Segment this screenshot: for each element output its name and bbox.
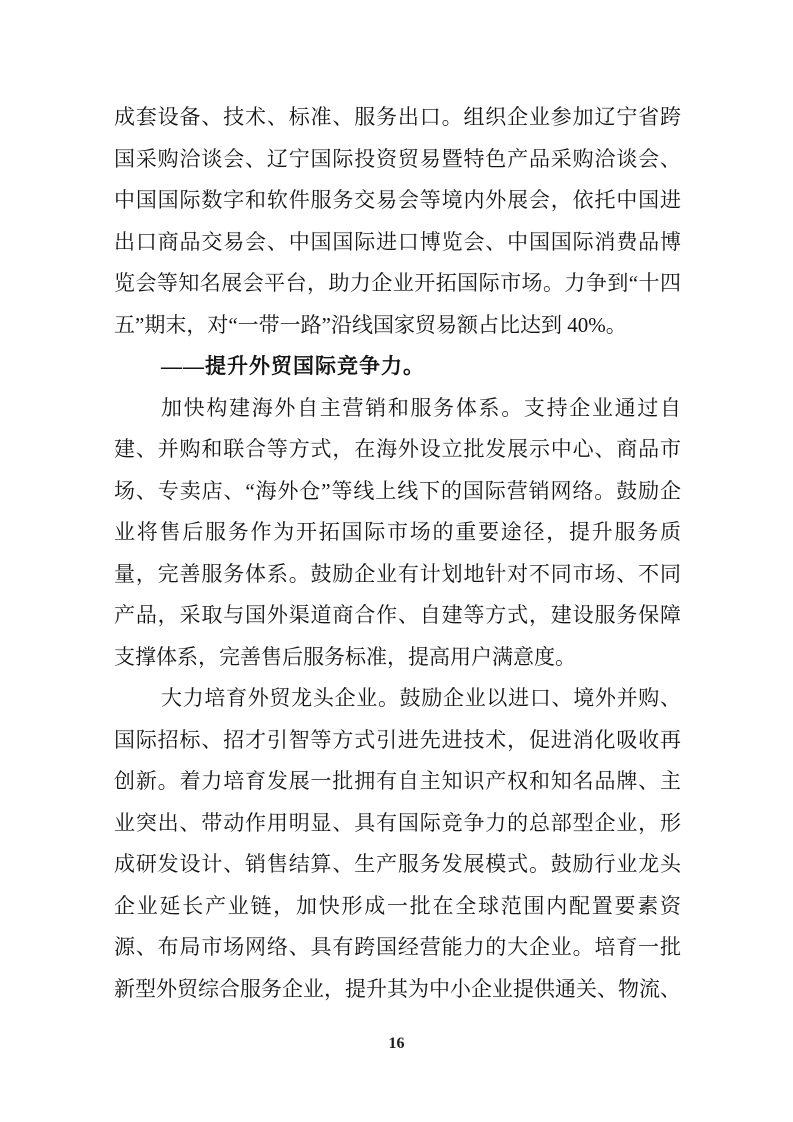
page-number: 16 bbox=[0, 1035, 793, 1053]
text-line: 国际招标、招才引智等方式引进先进技术，促进消化吸收再 bbox=[114, 720, 681, 762]
text-line: 创新。着力培育发展一批拥有自主知识产权和知名品牌、主 bbox=[114, 761, 681, 803]
paragraph: 成套设备、技术、标准、服务出口。组织企业参加辽宁省跨 国采购洽谈会、辽宁国际投资… bbox=[114, 97, 681, 346]
text-line: 业突出、带动作用明显、具有国际竞争力的总部型企业，形 bbox=[114, 803, 681, 845]
paragraph: ——提升外贸国际竞争力。 bbox=[114, 346, 681, 388]
text-line: 览会等知名展会平台，助力企业开拓国际市场。力争到“十四 bbox=[114, 263, 681, 305]
paragraph: 加快构建海外自主营销和服务体系。支持企业通过自 建、并购和联合等方式，在海外设立… bbox=[114, 388, 681, 679]
section-heading: ——提升外贸国际竞争力。 bbox=[114, 346, 681, 388]
text-line: 国采购洽谈会、辽宁国际投资贸易暨特色产品采购洽谈会、 bbox=[114, 139, 681, 181]
text-line: 支撑体系，完善售后服务标准，提高用户满意度。 bbox=[114, 637, 681, 679]
text-line: 中国国际数字和软件服务交易会等境内外展会，依托中国进 bbox=[114, 180, 681, 222]
text-block: 成套设备、技术、标准、服务出口。组织企业参加辽宁省跨 国采购洽谈会、辽宁国际投资… bbox=[114, 97, 681, 1010]
text-line: 量，完善服务体系。鼓励企业有计划地针对不同市场、不同 bbox=[114, 554, 681, 596]
text-line: 成研发设计、销售结算、生产服务发展模式。鼓励行业龙头 bbox=[114, 844, 681, 886]
text-line: 建、并购和联合等方式，在海外设立批发展示中心、商品市 bbox=[114, 429, 681, 471]
paragraph: 大力培育外贸龙头企业。鼓励企业以进口、境外并购、 国际招标、招才引智等方式引进先… bbox=[114, 678, 681, 1010]
text-line: 出口商品交易会、中国国际进口博览会、中国国际消费品博 bbox=[114, 222, 681, 264]
text-line: 源、布局市场网络、具有跨国经营能力的大企业。培育一批 bbox=[114, 927, 681, 969]
text-line: 产品，采取与国外渠道商合作、自建等方式，建设服务保障 bbox=[114, 595, 681, 637]
text-line: 五”期末，对“一带一路”沿线国家贸易额占比达到 40%。 bbox=[114, 305, 681, 347]
text-line: 新型外贸综合服务企业，提升其为中小企业提供通关、物流、 bbox=[114, 969, 681, 1011]
text-line: 加快构建海外自主营销和服务体系。支持企业通过自 bbox=[114, 388, 681, 430]
text-line: 业将售后服务作为开拓国际市场的重要途径，提升服务质 bbox=[114, 512, 681, 554]
text-line: 大力培育外贸龙头企业。鼓励企业以进口、境外并购、 bbox=[114, 678, 681, 720]
document-page: 成套设备、技术、标准、服务出口。组织企业参加辽宁省跨 国采购洽谈会、辽宁国际投资… bbox=[0, 0, 793, 1122]
text-line: 场、专卖店、“海外仓”等线上线下的国际营销网络。鼓励企 bbox=[114, 471, 681, 513]
text-line: 成套设备、技术、标准、服务出口。组织企业参加辽宁省跨 bbox=[114, 97, 681, 139]
text-line: 企业延长产业链，加快形成一批在全球范围内配置要素资 bbox=[114, 886, 681, 928]
